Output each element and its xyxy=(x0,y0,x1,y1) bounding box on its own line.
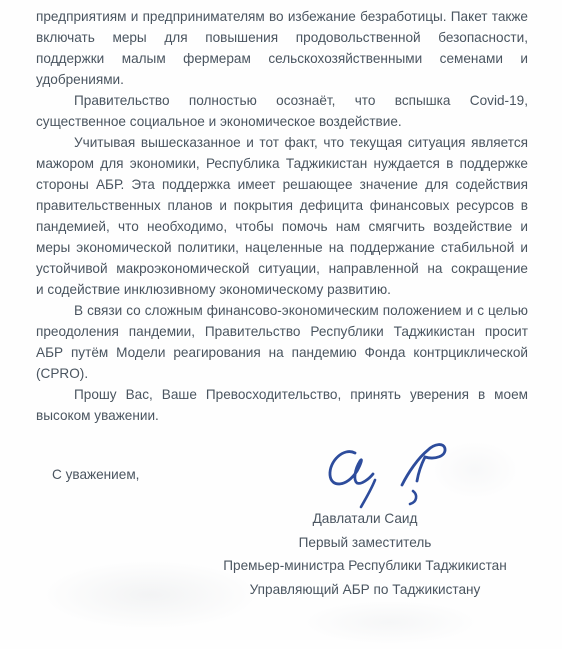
text-line: и содействие инклюзивному экономическому… xyxy=(36,279,528,300)
text-line: пандемией, что необходимо, чтобы помочь … xyxy=(36,216,528,237)
text-line: мажором для экономики, Республика Таджик… xyxy=(36,153,528,174)
text-line: включать меры для повышения продовольств… xyxy=(36,27,528,48)
text-line: АБР путём Модели реагирования на пандеми… xyxy=(36,342,528,363)
text-line: предприятиям и предпринимателям во избеж… xyxy=(36,6,528,27)
paragraph: Правительство полностью осознаёт, что вс… xyxy=(36,90,528,132)
letter-body: предприятиям и предпринимателям во избеж… xyxy=(36,6,528,426)
paragraph: предприятиям и предпринимателям во избеж… xyxy=(36,6,528,90)
text-line: правительственных планов и покрытия дефи… xyxy=(36,195,528,216)
signature-block: Давлатали СаидПервый заместительПремьер-… xyxy=(211,507,519,601)
paragraph: В связи со сложным финансово-экономическ… xyxy=(36,300,528,384)
text-line: меры экономической политики, нацеленные … xyxy=(36,237,528,258)
text-line: поддержки малым фермерам сельскохозяйств… xyxy=(36,48,528,69)
scan-noise xyxy=(300,600,480,645)
letter-page: предприятиям и предпринимателям во избеж… xyxy=(0,0,562,649)
text-line: существенное социальное и экономическое … xyxy=(36,111,528,132)
text-line: В связи со сложным финансово-экономическ… xyxy=(36,300,528,321)
signature-block-line: Управляющий АБР по Таджикистану xyxy=(211,578,519,602)
text-line: устойчивой макроэкономической ситуации, … xyxy=(36,258,528,279)
text-line: Прошу Вас, Ваше Превосходительство, прин… xyxy=(36,384,528,405)
text-line: (CPRO). xyxy=(36,363,528,384)
text-line: удобрениями. xyxy=(36,69,528,90)
text-line: высоком уважении. xyxy=(36,405,528,426)
signature-block-line: Премьер-министра Республики Таджикистан xyxy=(211,554,519,578)
text-line: стороны АБР. Эта поддержка имеет решающе… xyxy=(36,174,528,195)
signature-block-line: Первый заместитель xyxy=(211,531,519,555)
text-line: преодоления пандемии, Правительство Респ… xyxy=(36,321,528,342)
closing-salutation: С уважением, xyxy=(52,467,139,482)
signature-handwriting-icon xyxy=(318,436,460,516)
text-line: Учитывая вышесказанное и тот факт, что т… xyxy=(36,132,528,153)
paragraph: Прошу Вас, Ваше Превосходительство, прин… xyxy=(36,384,528,426)
signature-block-line: Давлатали Саид xyxy=(211,507,519,531)
paragraph: Учитывая вышесказанное и тот факт, что т… xyxy=(36,132,528,300)
text-line: Правительство полностью осознаёт, что вс… xyxy=(36,90,528,111)
